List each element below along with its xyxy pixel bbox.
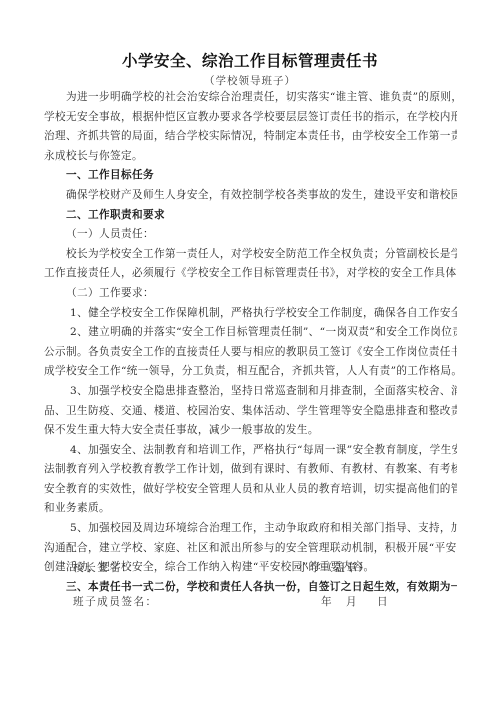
text-line: 法制教育列入学校教育教学工作计划，做到有课时、有教师、有教材、有教案、有考核，提… (44, 460, 457, 480)
date-year-label: 年 (321, 594, 333, 609)
requirement-item-3: 3、加强学校安全隐患排查整治，坚持日常巡查制和月排查制，全面落实校舍、消防、食 … (44, 382, 457, 441)
text-line: 治理、齐抓共管的局面，结合学校实际情况，特制定本责任书，由学校安全工作第一责任人… (44, 127, 457, 147)
principal-signature-label: 校长签名： (73, 560, 133, 575)
requirement-item-4: 4、加强安全、法制教育和培训工作，严格执行“每周一课”安全教育制度，学生安全、 … (44, 441, 457, 519)
text-line: 确保学校财产及师生人身安全，有效控制学校各类事故的发生，建设平安和谐校园。 (44, 186, 457, 206)
text-line: 安全教育的实效性，做好学校安全管理人员和从业人员的教育培训，切实提高他们的管理水… (44, 480, 457, 500)
document-title: 小学安全、综治工作目标管理责任书 (0, 49, 500, 71)
text-line: 和业务素质。 (44, 499, 457, 519)
text-line: 5、加强校园及周边环境综合治理工作，主动争取政府和相关部门指导、支持，加强部门 (44, 519, 457, 539)
members-signature-label: 班子成员签名： (73, 594, 158, 609)
subsection-heading-requirements: （二）工作要求： (44, 284, 457, 304)
text-line: 学校无安全事故，根据仲恺区宣教办要求各学校要层层签订责任书的指示，在学校内形成综… (44, 108, 457, 128)
text-line: 公示制。各负责安全工作的直接责任人要与相应的教职员工签订《安全工作岗位责任书》，… (44, 343, 457, 363)
document-body: 为进一步明确学校的社会治安综合治理责任，切实落实“谁主管、谁负责”的原则，确保 … (44, 88, 457, 597)
text-line: 为进一步明确学校的社会治安综合治理责任，切实落实“谁主管、谁负责”的原则，确保 (44, 88, 457, 108)
section-heading-1: 一、工作目标任务 (44, 166, 457, 186)
text-line: 品、卫生防疫、交通、楼道、校园治安、集体活动、学生管理等安全隐患排查和整改责任，… (44, 402, 457, 422)
document-page: 小学安全、综治工作目标管理责任书 （学校领导班子） 为进一步明确学校的社会治安综… (0, 0, 500, 707)
text-line: 4、加强安全、法制教育和培训工作，严格执行“每周一课”安全教育制度，学生安全、 (44, 441, 457, 461)
requirement-item-2: 2、建立明确的并落实“安全工作目标管理责任制”、“一岗双责”和安全工作岗位责任 … (44, 323, 457, 382)
text-line: 永成校长与你签定。 (44, 147, 457, 167)
text-line: 校长为学校安全工作第一责任人，对学校安全防范工作全权负责；分管副校长是学校安全 (44, 245, 457, 265)
date-month-label: 月 (346, 594, 358, 609)
text-line: 1、健全学校安全工作保障机制，严格执行学校安全工作制度，确保各自工作安全。 (44, 304, 457, 324)
text-line: 工作直接责任人，必须履行《学校安全工作目标管理责任书》，对学校的安全工作具体负责… (44, 264, 457, 284)
requirement-item-1: 1、健全学校安全工作保障机制，严格执行学校安全工作制度，确保各自工作安全。 (44, 304, 457, 324)
school-seal-label: 小学（盖章） (298, 560, 371, 575)
date-day-label: 日 (377, 594, 389, 609)
text-line: 2、建立明确的并落实“安全工作目标管理责任制”、“一岗双责”和安全工作岗位责任 (44, 323, 457, 343)
text-line: 成学校安全工作“统一领导，分工负责，相互配合，齐抓共管，人人有责”的工作格局。 (44, 362, 457, 382)
text-line: 3、加强学校安全隐患排查整治，坚持日常巡查制和月排查制，全面落实校舍、消防、食 (44, 382, 457, 402)
intro-paragraph: 为进一步明确学校的社会治安综合治理责任，切实落实“谁主管、谁负责”的原则，确保 … (44, 88, 457, 166)
section-heading-2: 二、工作职责和要求 (44, 206, 457, 226)
subsection-heading-personnel: （一）人员责任： (44, 225, 457, 245)
document-subtitle: （学校领导班子） (0, 73, 500, 88)
text-line: 保不发生重大特大安全责任事故，减少一般事故的发生。 (44, 421, 457, 441)
text-line: 沟通配合，建立学校、家庭、社区和派出所参与的安全管理联动机制，积极开展“平安校园… (44, 539, 457, 559)
